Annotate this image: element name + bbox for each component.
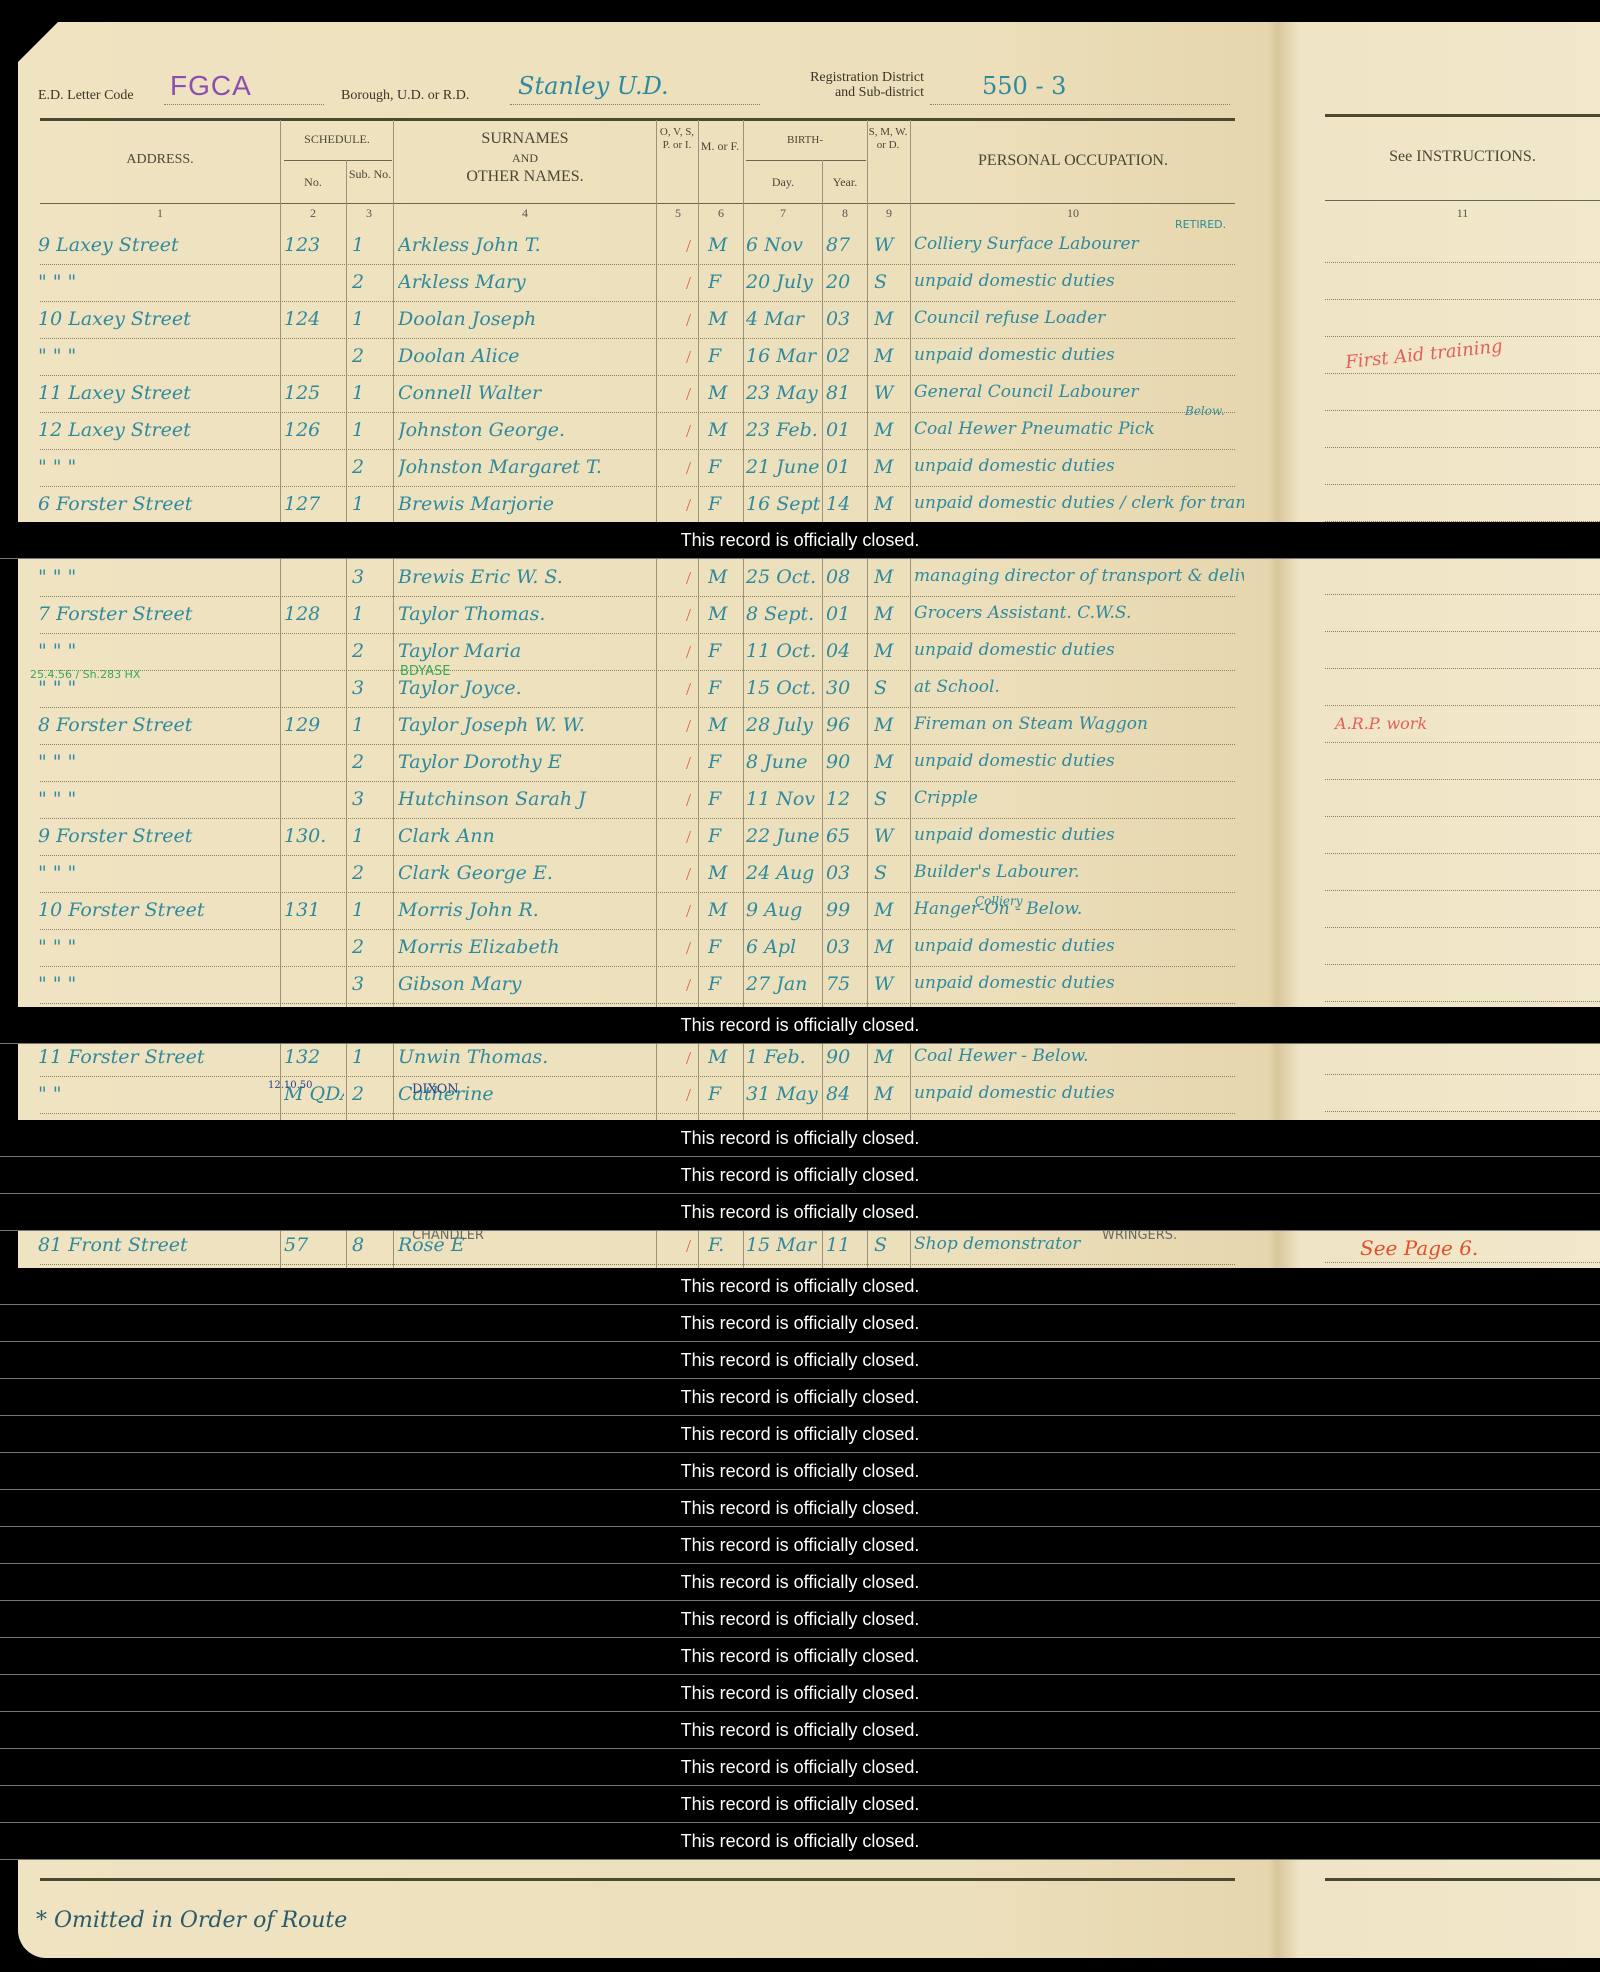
cell-year: 90 bbox=[826, 751, 866, 773]
cell-sub: 2 bbox=[352, 640, 392, 662]
cell-sex: M bbox=[708, 566, 742, 588]
tick-mark: / bbox=[686, 421, 691, 442]
col-occupation: PERSONAL OCCUPATION. bbox=[912, 152, 1234, 170]
cell-address: " " " bbox=[38, 566, 274, 588]
census-row: " " "3Hutchinson Sarah JF11 Nov12SCrippl… bbox=[0, 782, 1600, 819]
cell-sex: F bbox=[708, 936, 742, 958]
cell-sex: F bbox=[708, 345, 742, 367]
cell-name: Taylor Joyce. bbox=[398, 677, 654, 699]
col-birth-day: Day. bbox=[745, 176, 821, 190]
cell-no: 124 bbox=[284, 308, 344, 330]
cell-sub: 1 bbox=[352, 419, 392, 441]
census-row: 11 Laxey Street1251Connell WalterM23 May… bbox=[0, 376, 1600, 413]
cell-day: 4 Mar bbox=[746, 308, 822, 330]
cell-sub: 2 bbox=[352, 271, 392, 293]
borough-value: Stanley U.D. bbox=[518, 72, 669, 100]
cell-day: 23 Feb. bbox=[746, 419, 822, 441]
census-row: " " "2Johnston Margaret T.F21 June01Munp… bbox=[0, 450, 1600, 487]
cell-name: Brewis Eric W. S. bbox=[398, 566, 654, 588]
cell-occupation: unpaid domestic duties bbox=[914, 825, 1244, 845]
cell-no: 125 bbox=[284, 382, 344, 404]
cell-no: 126 bbox=[284, 419, 344, 441]
cell-address: " " " bbox=[38, 271, 274, 293]
cell-sex: F bbox=[708, 493, 742, 515]
closed-record-notice: This record is officially closed. bbox=[0, 1535, 1600, 1556]
cell-status: M bbox=[874, 603, 908, 625]
census-row: 6 Forster Street1271Brewis MarjorieF16 S… bbox=[0, 487, 1600, 524]
cell-year: 14 bbox=[826, 493, 866, 515]
col-ovspi: O, V, S, P. or I. bbox=[658, 126, 696, 151]
cell-occupation: Coal Hewer - Below. bbox=[914, 1046, 1244, 1066]
cell-occupation: Colliery Surface Labourer bbox=[914, 234, 1244, 254]
closed-record-band: This record is officially closed. bbox=[0, 1416, 1600, 1453]
closed-record-notice: This record is officially closed. bbox=[0, 1387, 1600, 1408]
cell-status: W bbox=[874, 973, 908, 995]
cell-year: 75 bbox=[826, 973, 866, 995]
cell-sex: F bbox=[708, 271, 742, 293]
closed-record-band: This record is officially closed. bbox=[0, 1194, 1600, 1231]
cell-sub: 1 bbox=[352, 493, 392, 515]
cell-day: 6 Apl bbox=[746, 936, 822, 958]
column-number: 9 bbox=[868, 206, 910, 221]
tick-mark: / bbox=[686, 864, 691, 885]
col-address: ADDRESS. bbox=[40, 152, 280, 168]
cell-name: Taylor Joseph W. W. bbox=[398, 714, 654, 736]
cell-occupation: Fireman on Steam Waggon bbox=[914, 714, 1244, 734]
cell-address: 10 Forster Street bbox=[38, 899, 274, 921]
tick-mark: / bbox=[686, 605, 691, 626]
cell-sub: 1 bbox=[352, 234, 392, 256]
cell-name: Taylor Maria bbox=[398, 640, 654, 662]
ed-letter-code-label: E.D. Letter Code bbox=[38, 88, 134, 104]
cell-address: 81 Front Street bbox=[38, 1234, 274, 1256]
census-row: " " "2Arkless MaryF20 July20Sunpaid dome… bbox=[0, 265, 1600, 302]
cell-sub: 2 bbox=[352, 751, 392, 773]
closed-record-notice: This record is officially closed. bbox=[0, 1831, 1600, 1852]
cell-year: 99 bbox=[826, 899, 866, 921]
remark-see-page: See Page 6. bbox=[1360, 1236, 1478, 1260]
cell-name: Morris Elizabeth bbox=[398, 936, 654, 958]
cell-status: M bbox=[874, 493, 908, 515]
cell-address: " " " bbox=[38, 862, 274, 884]
cell-address: 11 Forster Street bbox=[38, 1046, 274, 1068]
closed-record-band: This record is officially closed. bbox=[0, 1342, 1600, 1379]
cell-status: M bbox=[874, 566, 908, 588]
cell-address: " " " bbox=[38, 751, 274, 773]
cell-year: 84 bbox=[826, 1083, 866, 1105]
tick-mark: / bbox=[686, 495, 691, 516]
cell-status: M bbox=[874, 1083, 908, 1105]
census-row: " " "2Morris ElizabethF6 Apl03Munpaid do… bbox=[0, 930, 1600, 967]
cell-occupation: Coal Hewer Pneumatic Pick bbox=[914, 419, 1244, 439]
cell-day: 15 Oct. bbox=[746, 677, 822, 699]
census-row: " " "2Taylor Dorothy EF8 June90Munpaid d… bbox=[0, 745, 1600, 782]
cell-occupation: unpaid domestic duties bbox=[914, 456, 1244, 476]
census-row: " "M QDA2CatherineF31 May84Munpaid domes… bbox=[0, 1077, 1600, 1114]
cell-no: 129 bbox=[284, 714, 344, 736]
cell-address: 7 Forster Street bbox=[38, 603, 274, 625]
cell-day: 25 Oct. bbox=[746, 566, 822, 588]
cell-year: 03 bbox=[826, 936, 866, 958]
tick-mark: / bbox=[686, 1085, 691, 1106]
closed-record-band: This record is officially closed. bbox=[0, 1527, 1600, 1564]
cell-year: 81 bbox=[826, 382, 866, 404]
cell-status: S bbox=[874, 788, 908, 810]
census-row: " " "3Brewis Eric W. S.M25 Oct.08Mmanagi… bbox=[0, 560, 1600, 597]
cell-sub: 1 bbox=[352, 308, 392, 330]
cell-occupation: unpaid domestic duties bbox=[914, 936, 1244, 956]
cell-name: Hutchinson Sarah J bbox=[398, 788, 654, 810]
cell-year: 65 bbox=[826, 825, 866, 847]
cell-name: Doolan Joseph bbox=[398, 308, 654, 330]
cell-name: Doolan Alice bbox=[398, 345, 654, 367]
cell-occupation: unpaid domestic duties bbox=[914, 751, 1244, 771]
cell-sub: 2 bbox=[352, 456, 392, 478]
cell-name: Clark George E. bbox=[398, 862, 654, 884]
cell-day: 31 May bbox=[746, 1083, 822, 1105]
cell-year: 11 bbox=[826, 1234, 866, 1256]
tick-mark: / bbox=[686, 310, 691, 331]
tick-mark: / bbox=[686, 975, 691, 996]
cell-status: M bbox=[874, 936, 908, 958]
col-schedule-sub: Sub. No. bbox=[348, 168, 392, 182]
cell-status: S bbox=[874, 1234, 908, 1256]
closed-record-band: This record is officially closed. bbox=[0, 1268, 1600, 1305]
cell-name: Taylor Thomas. bbox=[398, 603, 654, 625]
cell-occupation: Council refuse Loader bbox=[914, 308, 1244, 328]
ed-letter-code: FGCA bbox=[170, 70, 252, 102]
closed-record-band: This record is officially closed. bbox=[0, 1675, 1600, 1712]
cell-no: 123 bbox=[284, 234, 344, 256]
cell-status: M bbox=[874, 1046, 908, 1068]
cell-name: Johnston George. bbox=[398, 419, 654, 441]
cell-status: M bbox=[874, 345, 908, 367]
tick-mark: / bbox=[686, 753, 691, 774]
tick-mark: / bbox=[686, 273, 691, 294]
cell-day: 28 July bbox=[746, 714, 822, 736]
cell-year: 08 bbox=[826, 566, 866, 588]
closed-record-notice: This record is officially closed. bbox=[0, 1498, 1600, 1519]
cell-day: 27 Jan bbox=[746, 973, 822, 995]
col-instructions: See INSTRUCTIONS. bbox=[1325, 148, 1600, 166]
cell-day: 20 July bbox=[746, 271, 822, 293]
tick-mark: / bbox=[686, 642, 691, 663]
closed-record-band: This record is officially closed. bbox=[0, 522, 1600, 559]
cell-occupation: Grocers Assistant. C.W.S. bbox=[914, 603, 1244, 623]
cell-status: M bbox=[874, 640, 908, 662]
census-row: " " "3Gibson MaryF27 Jan75Wunpaid domest… bbox=[0, 967, 1600, 1004]
cell-sex: M bbox=[708, 714, 742, 736]
cell-name: Morris John R. bbox=[398, 899, 654, 921]
cell-sex: F bbox=[708, 640, 742, 662]
cell-address: " " " bbox=[38, 788, 274, 810]
closed-record-notice: This record is officially closed. bbox=[0, 1165, 1600, 1186]
cell-sex: F bbox=[708, 788, 742, 810]
cell-sex: M bbox=[708, 899, 742, 921]
cell-sub: 1 bbox=[352, 714, 392, 736]
cell-year: 30 bbox=[826, 677, 866, 699]
cell-address: " " " bbox=[38, 345, 274, 367]
tick-mark: / bbox=[686, 790, 691, 811]
census-row: 12 Laxey Street1261Johnston George.M23 F… bbox=[0, 413, 1600, 450]
census-row: 10 Forster Street1311Morris John R.M9 Au… bbox=[0, 893, 1600, 930]
cell-year: 04 bbox=[826, 640, 866, 662]
cell-address: " " bbox=[38, 1083, 274, 1105]
census-row: 9 Forster Street130.1Clark AnnF22 June65… bbox=[0, 819, 1600, 856]
note-green-left: 25.4.56 / Sh.283 HX bbox=[30, 668, 140, 681]
col-status: S, M, W. or D. bbox=[868, 126, 908, 151]
cell-address: " " " bbox=[38, 640, 274, 662]
cell-day: 23 May bbox=[746, 382, 822, 404]
cell-address: 6 Forster Street bbox=[38, 493, 274, 515]
cell-occupation: unpaid domestic duties bbox=[914, 640, 1244, 660]
tick-mark: / bbox=[686, 938, 691, 959]
closed-record-notice: This record is officially closed. bbox=[0, 1572, 1600, 1593]
cell-address: 8 Forster Street bbox=[38, 714, 274, 736]
cell-address: 9 Forster Street bbox=[38, 825, 274, 847]
closed-record-band: This record is officially closed. bbox=[0, 1305, 1600, 1342]
cell-year: 01 bbox=[826, 419, 866, 441]
closed-record-band: This record is officially closed. bbox=[0, 1823, 1600, 1860]
cell-status: S bbox=[874, 862, 908, 884]
cell-status: M bbox=[874, 308, 908, 330]
col-birth: BIRTH- bbox=[745, 134, 865, 147]
cell-name: Gibson Mary bbox=[398, 973, 654, 995]
closed-record-notice: This record is officially closed. bbox=[0, 1720, 1600, 1741]
closed-record-notice: This record is officially closed. bbox=[0, 1757, 1600, 1778]
cell-sex: F bbox=[708, 1083, 742, 1105]
cell-sub: 2 bbox=[352, 345, 392, 367]
cell-day: 16 Sept bbox=[746, 493, 822, 515]
cell-sub: 1 bbox=[352, 603, 392, 625]
cell-day: 22 June bbox=[746, 825, 822, 847]
cell-day: 24 Aug bbox=[746, 862, 822, 884]
cell-status: S bbox=[874, 677, 908, 699]
closed-record-band: This record is officially closed. bbox=[0, 1786, 1600, 1823]
cell-day: 1 Feb. bbox=[746, 1046, 822, 1068]
cell-sub: 1 bbox=[352, 1046, 392, 1068]
closed-record-band: This record is officially closed. bbox=[0, 1007, 1600, 1044]
cell-year: 96 bbox=[826, 714, 866, 736]
tick-mark: / bbox=[686, 716, 691, 737]
cell-occupation: Hanger-On - Below. bbox=[914, 899, 1244, 919]
cell-no: 128 bbox=[284, 603, 344, 625]
cell-status: W bbox=[874, 825, 908, 847]
closed-record-notice: This record is officially closed. bbox=[0, 1424, 1600, 1445]
cell-sub: 1 bbox=[352, 825, 392, 847]
census-row: 9 Laxey Street1231Arkless John T.M6 Nov8… bbox=[0, 228, 1600, 265]
cell-occupation: unpaid domestic duties bbox=[914, 1083, 1244, 1103]
cell-name: Arkless John T. bbox=[398, 234, 654, 256]
cell-no: 132 bbox=[284, 1046, 344, 1068]
cell-sub: 3 bbox=[352, 677, 392, 699]
col-schedule-no: No. bbox=[282, 176, 344, 190]
cell-occupation: unpaid domestic duties bbox=[914, 973, 1244, 993]
cell-name: Brewis Marjorie bbox=[398, 493, 654, 515]
cell-address: " " " bbox=[38, 456, 274, 478]
cell-name: Johnston Margaret T. bbox=[398, 456, 654, 478]
cell-sub: 3 bbox=[352, 973, 392, 995]
col-sex: M. or F. bbox=[700, 140, 740, 154]
census-row: " " "3Taylor Joyce.F15 Oct.30Sat School.… bbox=[0, 671, 1600, 708]
cell-no: 127 bbox=[284, 493, 344, 515]
cell-year: 03 bbox=[826, 308, 866, 330]
column-number: 4 bbox=[395, 206, 655, 221]
cell-sex: M bbox=[708, 382, 742, 404]
cell-no: 57 bbox=[284, 1234, 344, 1256]
census-row: 10 Laxey Street1241Doolan JosephM4 Mar03… bbox=[0, 302, 1600, 339]
closed-record-band: This record is officially closed. bbox=[0, 1638, 1600, 1675]
cell-sub: 3 bbox=[352, 788, 392, 810]
closed-record-band: This record is officially closed. bbox=[0, 1120, 1600, 1157]
column-number: 3 bbox=[346, 206, 392, 221]
col-birth-year: Year. bbox=[823, 176, 867, 190]
cell-day: 8 Sept. bbox=[746, 603, 822, 625]
cell-status: M bbox=[874, 456, 908, 478]
schedule-note: 12.10.50 bbox=[268, 1080, 313, 1091]
cell-sex: M bbox=[708, 1046, 742, 1068]
cell-day: 9 Aug bbox=[746, 899, 822, 921]
note-below: Below. bbox=[1185, 404, 1225, 418]
cell-sex: F. bbox=[708, 1234, 742, 1256]
closed-record-notice: This record is officially closed. bbox=[0, 1794, 1600, 1815]
cell-name: Unwin Thomas. bbox=[398, 1046, 654, 1068]
cell-address: 11 Laxey Street bbox=[38, 382, 274, 404]
cell-no: 130. bbox=[284, 825, 344, 847]
closed-record-notice: This record is officially closed. bbox=[0, 1350, 1600, 1371]
cell-occupation: managing director of transport & deliver… bbox=[914, 566, 1244, 586]
column-number: 6 bbox=[700, 206, 742, 221]
cell-status: W bbox=[874, 382, 908, 404]
cell-no: 131 bbox=[284, 899, 344, 921]
cell-address: " " " bbox=[38, 936, 274, 958]
cell-address: 12 Laxey Street bbox=[38, 419, 274, 441]
cell-day: 21 June bbox=[746, 456, 822, 478]
cell-day: 16 Mar bbox=[746, 345, 822, 367]
note-retired: RETIRED. bbox=[1175, 218, 1226, 231]
closed-record-band: This record is officially closed. bbox=[0, 1453, 1600, 1490]
tick-mark: / bbox=[686, 827, 691, 848]
tick-mark: / bbox=[686, 901, 691, 922]
closed-record-band: This record is officially closed. bbox=[0, 1601, 1600, 1638]
cell-sub: 3 bbox=[352, 566, 392, 588]
cell-address: 10 Laxey Street bbox=[38, 308, 274, 330]
cell-name: Connell Walter bbox=[398, 382, 654, 404]
cell-occupation: unpaid domestic duties / clerk for trans… bbox=[914, 493, 1244, 513]
closed-record-notice: This record is officially closed. bbox=[0, 1609, 1600, 1630]
closed-record-notice: This record is officially closed. bbox=[0, 1015, 1600, 1036]
census-row: " " "2Clark George E.M24 Aug03SBuilder's… bbox=[0, 856, 1600, 893]
cell-year: 02 bbox=[826, 345, 866, 367]
closed-record-notice: This record is officially closed. bbox=[0, 1128, 1600, 1149]
tick-mark: / bbox=[686, 347, 691, 368]
cell-year: 01 bbox=[826, 456, 866, 478]
closed-record-notice: This record is officially closed. bbox=[0, 530, 1600, 551]
cell-year: 20 bbox=[826, 271, 866, 293]
closed-record-band: This record is officially closed. bbox=[0, 1564, 1600, 1601]
closed-record-notice: This record is officially closed. bbox=[0, 1276, 1600, 1297]
cell-occupation: unpaid domestic duties bbox=[914, 271, 1244, 291]
cell-occupation: General Council Labourer bbox=[914, 382, 1244, 402]
cell-sex: F bbox=[708, 677, 742, 699]
cell-year: 01 bbox=[826, 603, 866, 625]
tick-mark: / bbox=[686, 568, 691, 589]
cell-sex: M bbox=[708, 603, 742, 625]
column-number: 8 bbox=[823, 206, 867, 221]
column-number: 5 bbox=[658, 206, 698, 221]
census-row: 7 Forster Street1281Taylor Thomas.M8 Sep… bbox=[0, 597, 1600, 634]
cell-day: 11 Nov bbox=[746, 788, 822, 810]
cell-sex: M bbox=[708, 308, 742, 330]
cell-sub: 2 bbox=[352, 936, 392, 958]
cell-year: 90 bbox=[826, 1046, 866, 1068]
cell-year: 03 bbox=[826, 862, 866, 884]
closed-record-band: This record is officially closed. bbox=[0, 1157, 1600, 1194]
cell-sub: 2 bbox=[352, 862, 392, 884]
cell-sex: F bbox=[708, 973, 742, 995]
cell-sex: F bbox=[708, 751, 742, 773]
cell-status: M bbox=[874, 751, 908, 773]
cell-day: 11 Oct. bbox=[746, 640, 822, 662]
column-number: 7 bbox=[745, 206, 821, 221]
closed-record-band: This record is officially closed. bbox=[0, 1749, 1600, 1786]
tick-mark: / bbox=[686, 458, 691, 479]
cell-year: 87 bbox=[826, 234, 866, 256]
cell-sex: M bbox=[708, 862, 742, 884]
cell-occupation: Shop demonstrator bbox=[914, 1234, 1244, 1254]
cell-status: S bbox=[874, 271, 908, 293]
col-names: SURNAMES AND OTHER NAMES. bbox=[395, 130, 655, 187]
cell-occupation: Cripple bbox=[914, 788, 1244, 808]
closed-record-notice: This record is officially closed. bbox=[0, 1646, 1600, 1667]
name-correction-dixon: DIXON bbox=[412, 1082, 459, 1097]
cell-address: " " " bbox=[38, 973, 274, 995]
closed-record-notice: This record is officially closed. bbox=[0, 1683, 1600, 1704]
remark-arp: A.R.P. work bbox=[1335, 714, 1427, 733]
closed-record-notice: This record is officially closed. bbox=[0, 1313, 1600, 1334]
closed-record-notice: This record is officially closed. bbox=[0, 1461, 1600, 1482]
cell-sub: 1 bbox=[352, 382, 392, 404]
tick-mark: / bbox=[686, 236, 691, 257]
cell-sex: M bbox=[708, 419, 742, 441]
note-colliery: Colliery bbox=[975, 894, 1023, 908]
footer-note: * Omitted in Order of Route bbox=[36, 1908, 347, 1933]
note-green-bdyase: BDYASE bbox=[400, 664, 451, 679]
closed-record-notice: This record is officially closed. bbox=[0, 1202, 1600, 1223]
column-number: 1 bbox=[40, 206, 280, 221]
cell-name: Arkless Mary bbox=[398, 271, 654, 293]
cell-status: M bbox=[874, 714, 908, 736]
col-schedule: SCHEDULE. bbox=[282, 133, 392, 147]
cell-sub: 1 bbox=[352, 899, 392, 921]
census-row: 11 Forster Street1321Unwin Thomas.M1 Feb… bbox=[0, 1040, 1600, 1077]
column-number: 2 bbox=[282, 206, 344, 221]
borough-label: Borough, U.D. or R.D. bbox=[341, 88, 469, 104]
closed-record-band: This record is officially closed. bbox=[0, 1712, 1600, 1749]
cell-occupation: unpaid domestic duties bbox=[914, 345, 1244, 365]
cell-day: 15 Mar bbox=[746, 1234, 822, 1256]
registration-label: Registration Districtand Sub-district bbox=[772, 70, 924, 101]
closed-record-band: This record is officially closed. bbox=[0, 1490, 1600, 1527]
column-number: 11 bbox=[1325, 206, 1600, 221]
cell-day: 8 June bbox=[746, 751, 822, 773]
tick-mark: / bbox=[686, 384, 691, 405]
registration-value: 550 - 3 bbox=[982, 72, 1066, 100]
cell-sub: 2 bbox=[352, 1083, 392, 1105]
tick-mark: / bbox=[686, 1236, 691, 1257]
cell-name: Clark Ann bbox=[398, 825, 654, 847]
cell-status: M bbox=[874, 899, 908, 921]
